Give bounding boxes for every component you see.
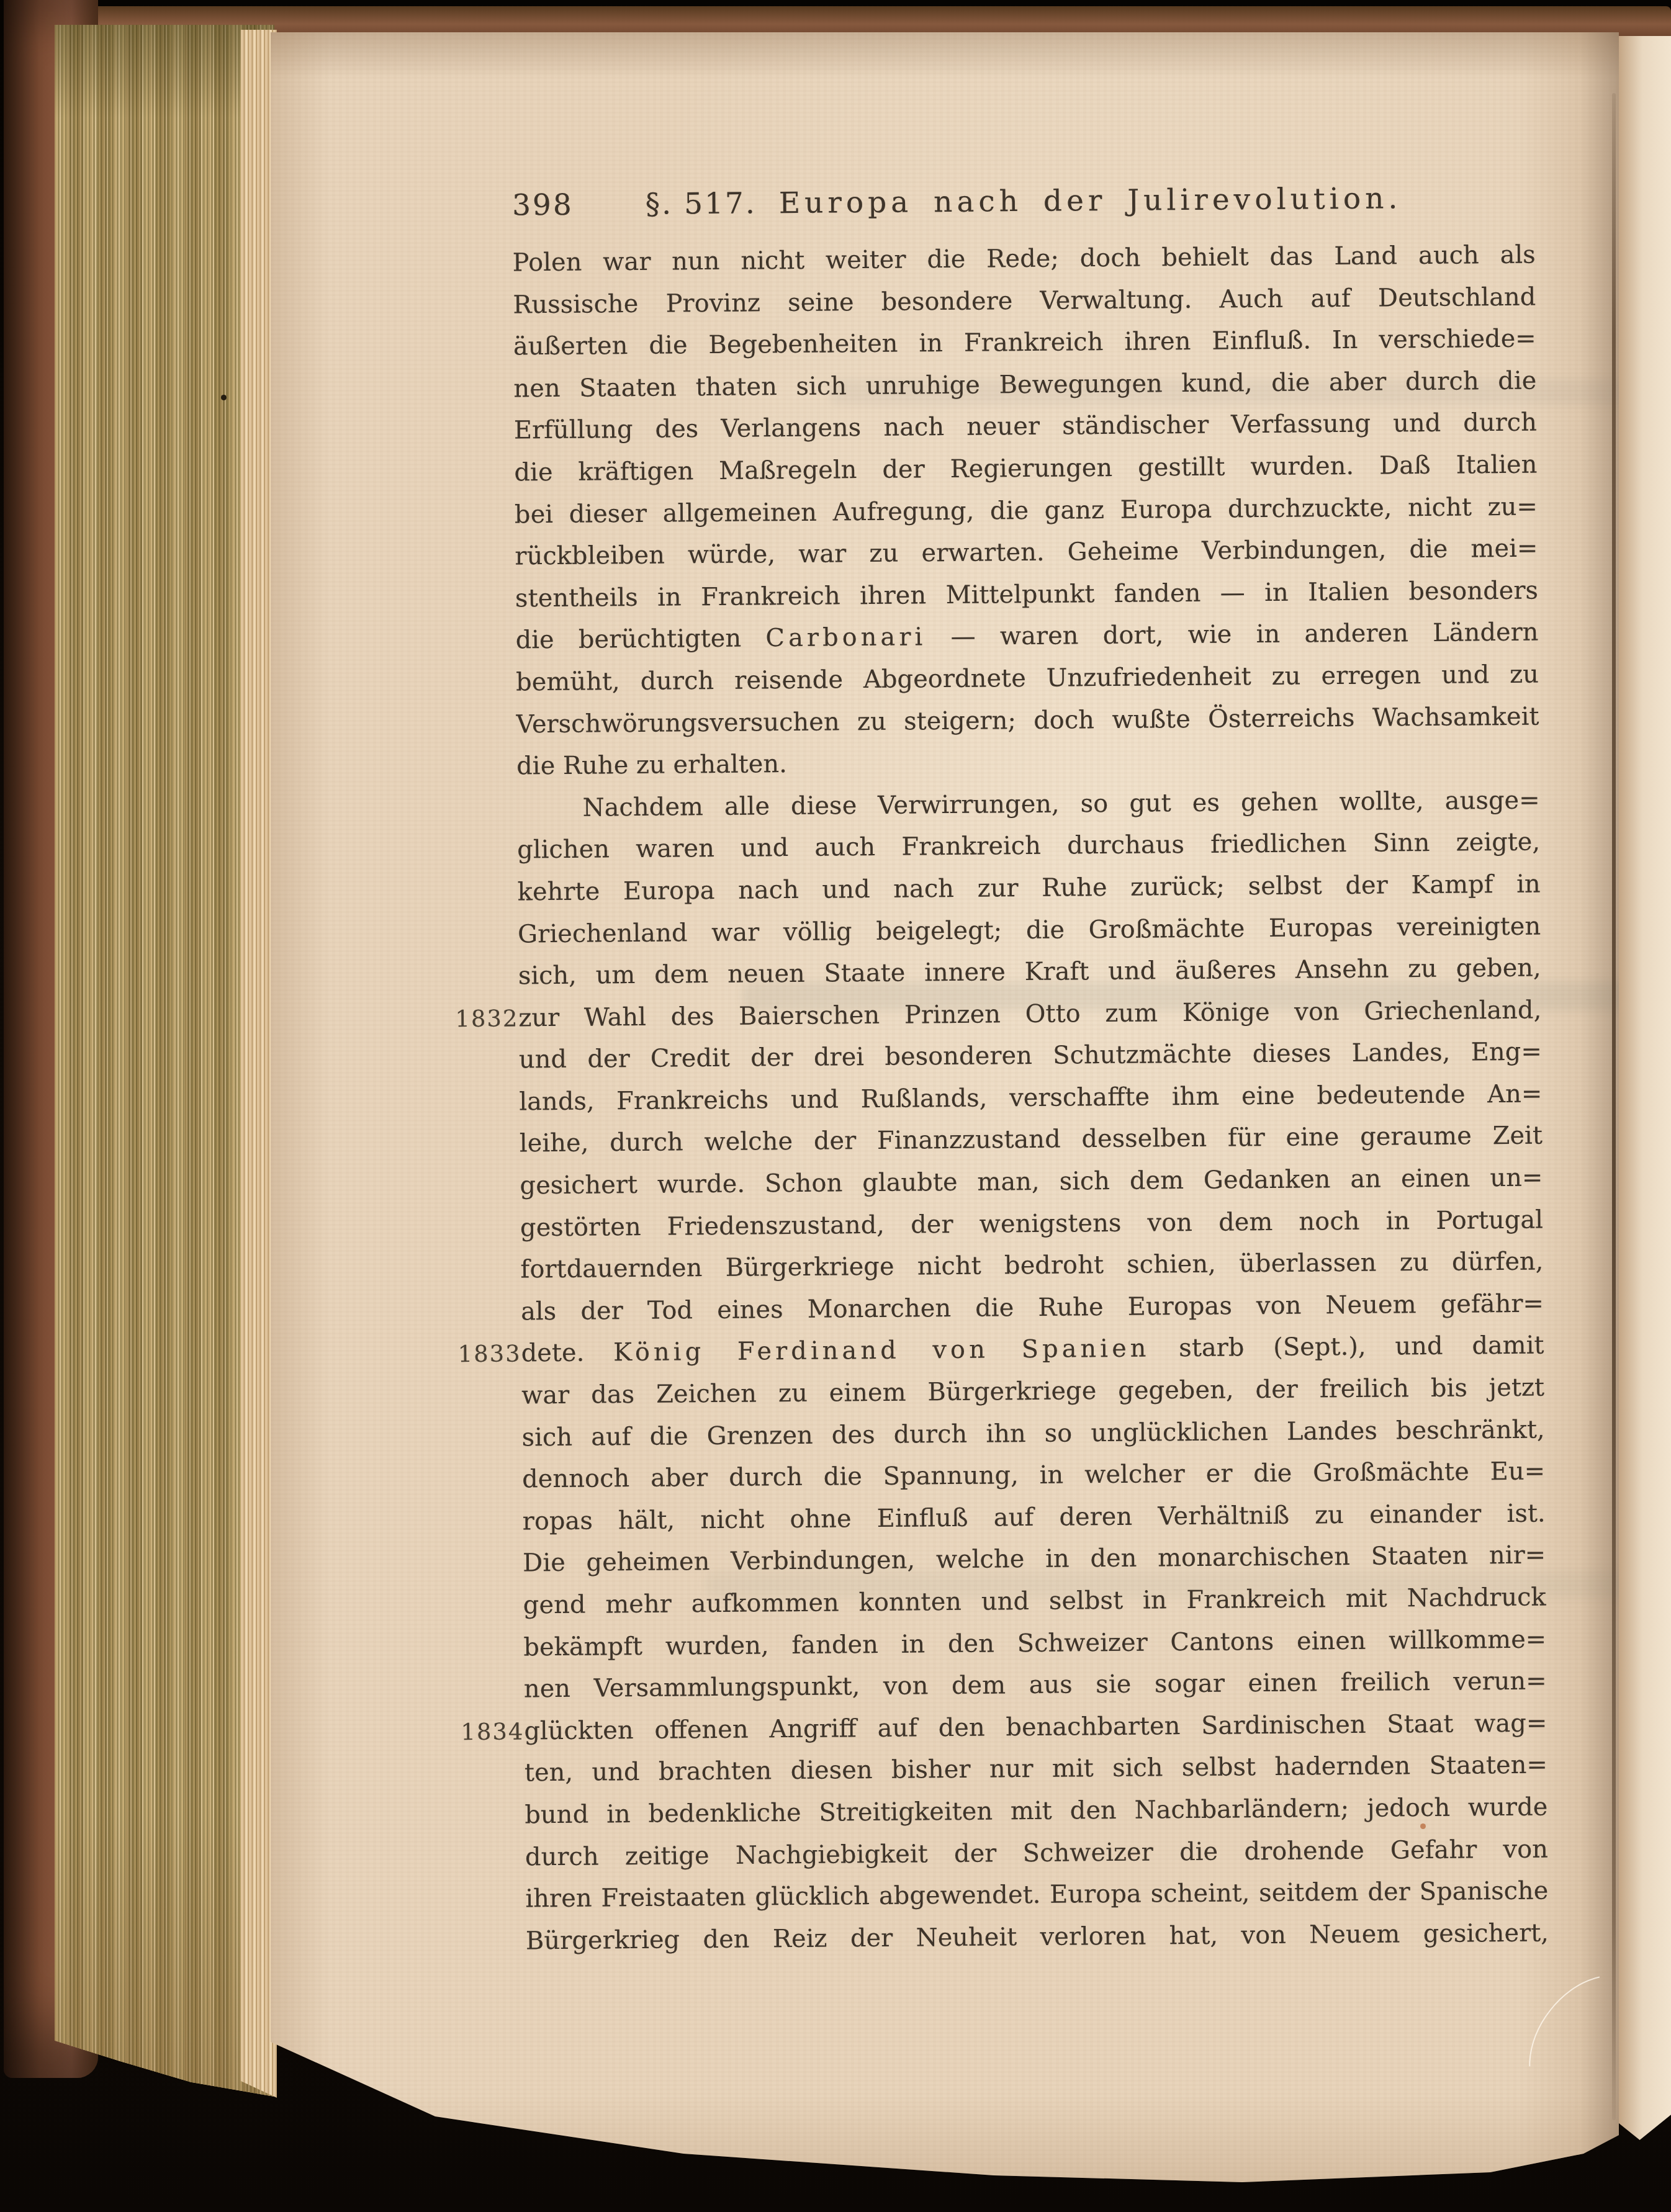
text-line: gestörten Friedenszustand, der wenigsten… [520, 1199, 1543, 1249]
text-line-content: die Ruhe zu erhalten. [516, 750, 787, 780]
text-line: gend mehr aufkommen konnten und selbst i… [523, 1577, 1546, 1627]
text-line-content: war das Zeichen zu einem Bürgerkriege ge… [521, 1374, 1544, 1410]
text-line-content: gesichert wurde. Schon glaubte man, sich… [520, 1164, 1543, 1200]
text-line: lands, Frankreichs und Rußlands, verscha… [519, 1073, 1542, 1123]
text-line-content: bund in bedenkliche Streitigkeiten mit d… [525, 1792, 1547, 1829]
body-text: Polen war nun nicht weiter die Rede; doc… [513, 235, 1549, 1962]
text-line-content: ihren Freistaaten glücklich abgewendet. … [525, 1877, 1548, 1913]
text-line: die berüchtigten Carbonari — waren dort,… [515, 612, 1538, 662]
page-number: 398 [512, 185, 574, 227]
text-line: ropas hält, nicht ohne Einfluß auf deren… [522, 1493, 1545, 1543]
text-line-content: stentheils in Frankreich ihren Mittelpun… [515, 576, 1538, 613]
text-line: kehrte Europa nach und nach zur Ruhe zur… [517, 863, 1540, 914]
text-line-content: glückten offenen Angriff auf den benachb… [524, 1709, 1547, 1745]
text-line: die kräftigen Maßregeln der Regierungen … [514, 444, 1537, 495]
text-line: als der Tod eines Monarchen die Ruhe Eur… [521, 1283, 1544, 1333]
text-line-content: glichen waren und auch Frankreich durcha… [517, 828, 1540, 865]
text-line-content: und der Credit der drei besonderen Schut… [519, 1038, 1542, 1074]
facing-page-edge [1619, 36, 1671, 2140]
text-line-content: Verschwörungsversuchen zu steigern; doch… [516, 702, 1539, 739]
text-line: gesichert wurde. Schon glaubte man, sich… [520, 1158, 1543, 1208]
text-line: bei dieser allgemeinen Aufregung, die ga… [515, 486, 1538, 536]
text-line: Russische Provinz seine besondere Verwal… [513, 276, 1536, 326]
text-line: Nachdem alle diese Verwirrungen, so gut … [516, 780, 1539, 830]
text-line: und der Credit der drei besonderen Schut… [519, 1032, 1542, 1082]
text-line-content: leihe, durch welche der Finanzzustand de… [520, 1122, 1543, 1158]
text-line: die Ruhe zu erhalten. [516, 738, 1539, 788]
section-number: §. 517. [646, 186, 757, 221]
text-line-content: Polen war nun nicht weiter die Rede; doc… [513, 241, 1536, 277]
header-heading: §. 517.Europa nach der Julirevolution. [512, 178, 1535, 227]
text-line: war das Zeichen zu einem Bürgerkriege ge… [521, 1367, 1544, 1418]
text-line-content: gend mehr aufkommen konnten und selbst i… [523, 1583, 1546, 1620]
letterspaced-emphasis: Carbonari [765, 623, 926, 653]
text-line: dennoch aber durch die Spannung, in welc… [522, 1451, 1545, 1501]
text-line-content: fortdauernden Bürgerkriege nicht bedroht… [520, 1248, 1543, 1284]
text-line: durch zeitige Nachgiebigkeit der Schweiz… [525, 1828, 1548, 1879]
text-line-content: äußerten die Begebenheiten in Frankreich… [513, 325, 1536, 361]
text-line-content: dennoch aber durch die Spannung, in welc… [522, 1457, 1545, 1494]
text-line-content: Nachdem alle diese Verwirrungen, so gut … [582, 786, 1539, 822]
text-line-content: Bürgerkrieg den Reiz der Neuheit verlore… [526, 1918, 1549, 1955]
text-line-content: rückbleiben würde, war zu erwarten. Gehe… [515, 534, 1538, 571]
text-line: 1833dete. König Ferdinand von Spanien st… [521, 1325, 1544, 1375]
text-line: ihren Freistaaten glücklich abgewendet. … [525, 1871, 1548, 1921]
text-line-content: sich auf die Grenzen des durch ihn so un… [521, 1415, 1544, 1452]
text-line-content: gestörten Friedenszustand, der wenigsten… [520, 1205, 1543, 1242]
text-line: fortdauernden Bürgerkriege nicht bedroht… [520, 1241, 1543, 1292]
text-line-content: lands, Frankreichs und Rußlands, verscha… [519, 1079, 1542, 1116]
text-line: Bürgerkrieg den Reiz der Neuheit verlore… [526, 1912, 1549, 1962]
text-line-content: bei dieser allgemeinen Aufregung, die ga… [515, 492, 1538, 529]
text-line: Verschwörungsversuchen zu steigern; doch… [516, 696, 1539, 746]
text-line-content: zur Wahl des Baierschen Prinzen Otto zum… [518, 996, 1541, 1032]
text-line-content: bemüht, durch reisende Abgeordnete Unzuf… [516, 660, 1539, 696]
text-line-content: kehrte Europa nach und nach zur Ruhe zur… [518, 870, 1541, 906]
text-line-content: die kräftigen Maßregeln der Regierungen … [514, 451, 1537, 487]
margin-year: 1834 [461, 1711, 521, 1753]
text-line-content: ropas hält, nicht ohne Einfluß auf deren… [523, 1499, 1546, 1535]
text-line: nen Staaten thaten sich unruhige Bewegun… [513, 360, 1536, 410]
text-line: äußerten die Begebenheiten in Frankreich… [513, 318, 1536, 369]
text-line: Griechenland war völlig beigelegt; die G… [518, 906, 1541, 956]
text-line-content: nen Staaten thaten sich unruhige Bewegun… [513, 366, 1536, 403]
text-line-content: Russische Provinz seine besondere Verwal… [513, 282, 1536, 319]
page-title: Europa nach der Julirevolution. [779, 181, 1402, 220]
text-line: ten, und brachten diesen bisher nur mit … [525, 1745, 1547, 1795]
gutter-crease [1612, 93, 1616, 2120]
page-header: 398 §. 517.Europa nach der Julirevolutio… [512, 178, 1535, 227]
margin-year: 1833 [457, 1333, 518, 1375]
text-line-content: bekämpft wurden, fanden in den Schweizer… [523, 1625, 1546, 1661]
text-line-content: Erfüllung des Verlangens nach neuer stän… [514, 408, 1537, 445]
text-line: rückbleiben würde, war zu erwarten. Gehe… [515, 528, 1538, 578]
text-line: Polen war nun nicht weiter die Rede; doc… [513, 235, 1536, 285]
text-line: nen Versammlungspunkt, von dem aus sie s… [524, 1661, 1547, 1711]
book-photo: 398 §. 517.Europa nach der Julirevolutio… [0, 0, 1671, 2212]
page-text: 398 §. 517.Europa nach der Julirevolutio… [512, 178, 1549, 1962]
letterspaced-emphasis: König Ferdinand von Spanien [613, 1334, 1150, 1367]
text-line: Erfüllung des Verlangens nach neuer stän… [514, 402, 1537, 452]
text-line-content: nen Versammlungspunkt, von dem aus sie s… [524, 1667, 1547, 1704]
text-line: sich auf die Grenzen des durch ihn so un… [521, 1409, 1544, 1459]
margin-year: 1832 [455, 997, 515, 1040]
text-line-content: ten, und brachten diesen bisher nur mit … [525, 1751, 1547, 1787]
text-line: leihe, durch welche der Finanzzustand de… [520, 1115, 1543, 1166]
text-line: 1832zur Wahl des Baierschen Prinzen Otto… [518, 989, 1541, 1040]
text-line: sich, um dem neuen Staate innere Kraft u… [518, 948, 1541, 998]
text-line: bekämpft wurden, fanden in den Schweizer… [523, 1619, 1546, 1669]
text-line: 1834glückten offenen Angriff auf den ben… [524, 1702, 1547, 1753]
text-line: stentheils in Frankreich ihren Mittelpun… [515, 570, 1538, 620]
text-line-content: sich, um dem neuen Staate innere Kraft u… [518, 954, 1541, 991]
text-line: glichen waren und auch Frankreich durcha… [517, 822, 1540, 872]
text-line: bund in bedenkliche Streitigkeiten mit d… [525, 1786, 1547, 1837]
text-line-content: Griechenland war völlig beigelegt; die G… [518, 912, 1541, 948]
text-line-content: durch zeitige Nachgiebigkeit der Schweiz… [525, 1835, 1548, 1871]
text-line-content: Die geheimen Verbindungen, welche in den… [523, 1541, 1546, 1578]
foxing-spot [221, 395, 227, 400]
text-line: bemüht, durch reisende Abgeordnete Unzuf… [516, 654, 1539, 704]
text-line-content: als der Tod eines Monarchen die Ruhe Eur… [521, 1289, 1544, 1326]
text-line: Die geheimen Verbindungen, welche in den… [523, 1535, 1546, 1585]
